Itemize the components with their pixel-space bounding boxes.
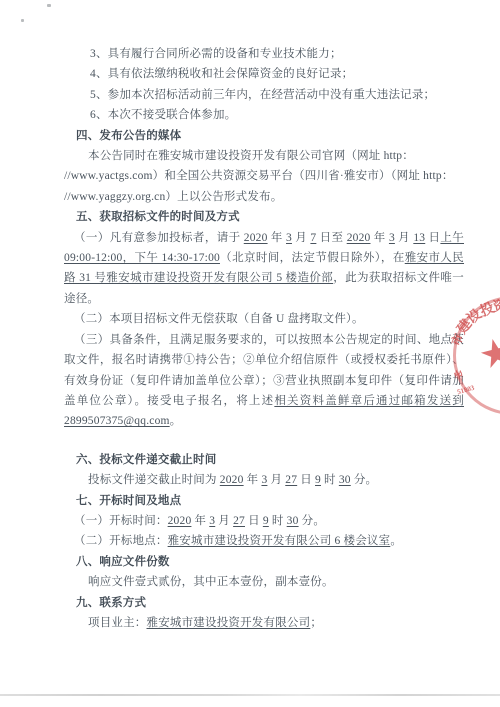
text-segment: 年: [244, 474, 262, 486]
doc-paragraph: （三）具备条件，且满足服务要求的，可以按照本公告规定的时间、地点获取文件，报名时…: [64, 330, 464, 432]
section-heading: 四、发布公告的媒体: [76, 126, 464, 146]
doc-paragraph: 4、具有依法缴纳税收和社会保障资金的良好记录；: [90, 64, 464, 84]
text-segment: 日至: [316, 232, 346, 244]
doc-paragraph: （一）开标时间：2020 年 3 月 27 日 9 时 30 分。: [64, 511, 464, 531]
text-segment: 。: [390, 535, 402, 547]
section-heading: 六、投标文件递交截止时间: [76, 450, 464, 470]
text-segment: 日: [297, 474, 315, 486]
seal-arc-char: 资: [491, 294, 500, 315]
text-segment: 2899507375@qq.com: [64, 415, 170, 427]
text-segment: 27: [285, 474, 297, 486]
text-segment: 月: [215, 515, 233, 527]
text-segment: 年: [191, 515, 209, 527]
scan-speck: [21, 19, 24, 22]
text-segment: //www.yaggzy.org.cn）上以公告形式发布。: [64, 191, 282, 203]
doc-paragraph: 响应文件壹式贰份，其中正本壹份，副本壹份。: [64, 572, 464, 592]
text-segment: 月: [395, 232, 413, 244]
text-segment: 时: [321, 474, 339, 486]
text-segment: 13: [413, 232, 425, 244]
doc-paragraph: 本公告同时在雅安城市建设投资开发有限公司官网（网址 http：//www.yac…: [64, 146, 464, 207]
text-segment: 雅安城市建设投资开发有限公司 6 楼会议室: [168, 535, 391, 547]
text-segment: 六、投标文件递交截止时间: [76, 454, 216, 466]
text-segment: 月: [292, 232, 310, 244]
doc-paragraph: （二）开标地点：雅安城市建设投资开发有限公司 6 楼会议室。: [64, 531, 464, 551]
text-segment: 时: [269, 515, 287, 527]
seal-arc-char: 投: [477, 297, 498, 321]
text-segment: 日: [425, 232, 440, 244]
text-segment: 响应文件壹式贰份，其中正本壹份，副本壹份。: [88, 576, 334, 588]
text-segment: 5、参加本次招标活动前三年内，在经营活动中没有重大违法记录；: [90, 89, 435, 101]
scan-speck: [47, 4, 51, 7]
doc-paragraph: （二）本项目招标文件无偿获取（自备 U 盘拷取文件）。: [64, 309, 464, 329]
text-segment: 6、本次不接受联合体参加。: [90, 109, 236, 121]
text-segment: 分。: [351, 474, 377, 486]
text-segment: 2020: [220, 474, 244, 486]
text-segment: 27: [233, 515, 245, 527]
doc-paragraph: 5、参加本次招标活动前三年内，在经营活动中没有重大违法记录；: [90, 85, 464, 105]
seal-star-icon: ★: [475, 330, 500, 375]
text-segment: 4、具有依法缴纳税收和社会保障资金的良好记录；: [90, 68, 353, 80]
text-segment: 项目业主：: [88, 617, 147, 629]
text-segment: 本公告同时在雅安城市建设投资开发有限公司官网（网址 http：: [88, 150, 414, 162]
text-segment: 。: [170, 415, 182, 427]
text-segment: 日: [245, 515, 263, 527]
doc-paragraph: （一）凡有意参加投标者，请于 2020 年 3 月 7 日至 2020 年 3 …: [64, 228, 464, 310]
text-segment: 2020: [168, 515, 192, 527]
text-segment: 2020: [347, 232, 371, 244]
text-segment: 相关资料盖鲜章后通过邮箱发送到: [274, 395, 464, 407]
text-segment: 30: [339, 474, 351, 486]
section-heading: 五、获取招标文件的时间及方式: [76, 207, 464, 227]
text-segment: 30: [287, 515, 299, 527]
text-segment: //www.yactgs.com）和全国公共资源交易平台（四川省·雅安市）（网址…: [64, 170, 454, 182]
text-segment: （二）开标地点：: [74, 535, 168, 547]
section-heading: 八、响应文件份数: [76, 552, 464, 572]
scan-edge-line: [0, 694, 500, 696]
text-segment: 分。: [299, 515, 325, 527]
scanned-page: 3、具有履行合同所必需的设备和专业技术能力；4、具有依法缴纳税收和社会保障资金的…: [0, 0, 500, 707]
text-segment: 年: [268, 232, 286, 244]
text-segment: 2020: [244, 232, 268, 244]
text-segment: 月: [267, 474, 285, 486]
text-segment: 年: [371, 232, 389, 244]
doc-paragraph: 3、具有履行合同所必需的设备和专业技术能力；: [90, 44, 464, 64]
section-heading: 九、联系方式: [76, 593, 464, 613]
doc-paragraph: 6、本次不接受联合体参加。: [90, 105, 464, 125]
text-segment: （一）凡有意参加投标者，请于: [74, 232, 244, 244]
text-segment: 八、响应文件份数: [76, 556, 170, 568]
section-heading: 七、开标时间及地点: [76, 491, 464, 511]
text-segment: 七、开标时间及地点: [76, 495, 181, 507]
doc-paragraph: 项目业主：雅安城市建设投资开发有限公司；: [64, 613, 464, 633]
doc-paragraph: 投标文件递交截止时间为 2020 年 3 月 27 日 9 时 30 分。: [64, 470, 464, 490]
text-segment: 投标文件递交截止时间为: [88, 474, 220, 486]
text-segment: ；: [310, 617, 322, 629]
document-body: 3、具有履行合同所必需的设备和专业技术能力；4、具有依法缴纳税收和社会保障资金的…: [64, 44, 464, 633]
text-segment: 五、获取招标文件的时间及方式: [76, 211, 240, 223]
text-segment: （二）本项目招标文件无偿获取（自备 U 盘拷取文件）。: [74, 313, 364, 325]
text-segment: 雅安城市建设投资开发有限公司: [147, 617, 311, 629]
text-segment: 四、发布公告的媒体: [76, 130, 181, 142]
text-segment: 3、具有履行合同所必需的设备和专业技术能力；: [90, 48, 342, 60]
text-segment: 九、联系方式: [76, 597, 146, 609]
seal-arc-char: 设: [462, 304, 485, 328]
text-segment: （北京时间，法定节假日除外），在: [220, 252, 405, 264]
text-segment: （一）开标时间：: [74, 515, 168, 527]
